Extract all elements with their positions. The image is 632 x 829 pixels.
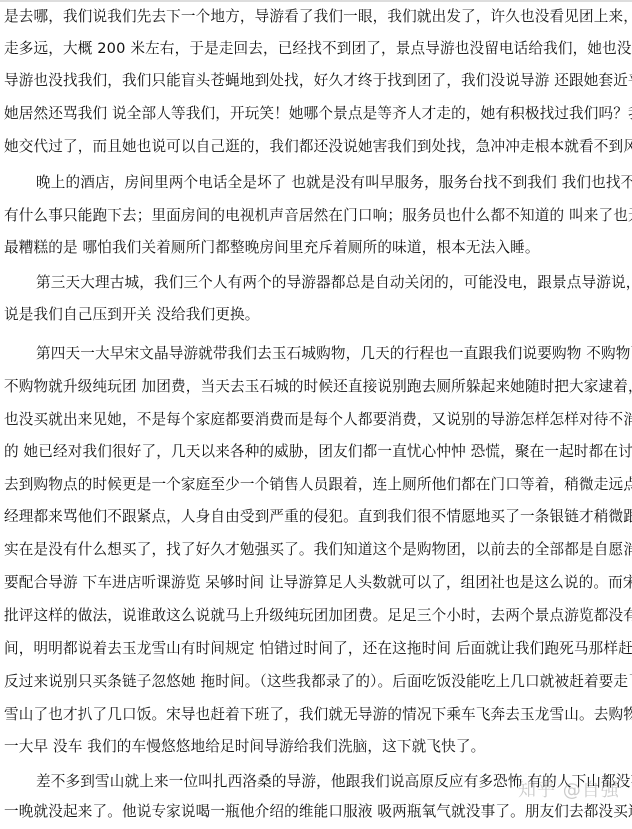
text-line: 要配合导游 下车进店听课游览 呆够时间 让导游算足人头数就可以了，组团社也是这么… xyxy=(4,570,632,596)
text-line: 的 她已经对我们很好了，几天以来各种的威胁，团友们都一直忧心忡忡 恐慌，聚在一起… xyxy=(4,439,632,465)
text-line: 她居然还骂我们 说全部人等我们，开玩笑！她哪个景点是等齐人才走的，她有积极找过我… xyxy=(4,101,632,127)
text-line: 间，明明都说着去玉龙雪山有时间规定 怕错过时间了，还在这拖时间 后面就让我们跑死… xyxy=(4,636,632,662)
paragraph-first-line: 第四天一大早宋文晶导游就带我们去玉石城购物，几天的行程也一直跟我们说要购物 不购… xyxy=(4,341,632,367)
text-line: 走多远，大概 200 米左右，于是走回去，已经找不到团了，景点导游也没留电话给我… xyxy=(4,36,632,62)
text-line: 批评这样的做法，说谁敢这么说就马上升级纯玩团加团费。足足三个小时，去两个景点游览… xyxy=(4,603,632,629)
text-line: 也没买就出来见她，不是每个家庭都要消费而是每个人都要消费，又说别的导游怎样怎样对… xyxy=(4,407,632,433)
text-line: 一晚就没起来了。他说专家说喝一瓶他介绍的维能口服液 吸两瓶氧气就没事了。朋友们去… xyxy=(4,799,632,825)
text-line: 去到购物点的时候更是一个家庭至少一个销售人员跟着，连上厕所他们都在门口等着，稍微… xyxy=(4,472,632,498)
text-line: 最糟糕的是 哪怕我们关着厕所门都整晚房间里充斥着厕所的味道，根本无法入睡。 xyxy=(4,235,540,261)
text-line: 说是我们自己压到开关 没给我们更换。 xyxy=(4,302,259,328)
zhihu-watermark: 知乎 @自强 xyxy=(518,776,620,802)
paragraph-first-line: 第三天大理古城，我们三个人有两个的导游器都总是自动关闭的，可能没电，跟景点导游说… xyxy=(4,270,632,296)
text-line: 她交代过了，而且她也说可以自己逛的，我们都还没说她害我们到处找，急冲冲走根本就看… xyxy=(4,134,632,160)
text-line: 不购物就升级纯玩团 加团费，当天去玉石城的时候还直接说别跑去厕所躲起来她随时把大… xyxy=(4,374,632,400)
text-line: 一大早 没车 我们的车慢悠悠地给足时间导游给我们洗脑，这下就飞快了。 xyxy=(4,734,485,760)
text-line: 雪山了也才扒了几口饭。宋导也赶着下班了，我们就无导游的情况下乘车飞奔去玉龙雪山。… xyxy=(4,702,632,728)
top-border xyxy=(0,0,632,2)
text-line: 实在是没有什么想买了，找了好久才勉强买了。我们知道这个是购物团，以前去的全部都是… xyxy=(4,537,632,563)
text-line: 经理都来骂他们不跟紧点，人身自由受到严重的侵犯。直到我们很不情愿地买了一条银链才… xyxy=(4,504,632,530)
text-line: 是去哪，我们说我们先去下一个地方，导游看了我们一眼，我们就出发了，许久也没看见团… xyxy=(4,4,632,30)
paragraph-first-line: 晚上的酒店，房间里两个电话全是坏了 也就是没有叫早服务，服务台找不到我们 我们也… xyxy=(4,170,632,196)
text-line: 导游也没找我们，我们只能盲头苍蝇地到处找，好久才终于找到团了，我们没说导游 还跟… xyxy=(4,68,632,94)
text-line: 反过来说别只买条链子忽悠她 拖时间。（这些我都录了的）。后面吃饭没能吃上几口就被… xyxy=(4,669,632,695)
text-line: 有什么事只能跑下去；里面房间的电视机声音居然在门口响；服务员也什么都不知道的 叫… xyxy=(4,203,632,229)
